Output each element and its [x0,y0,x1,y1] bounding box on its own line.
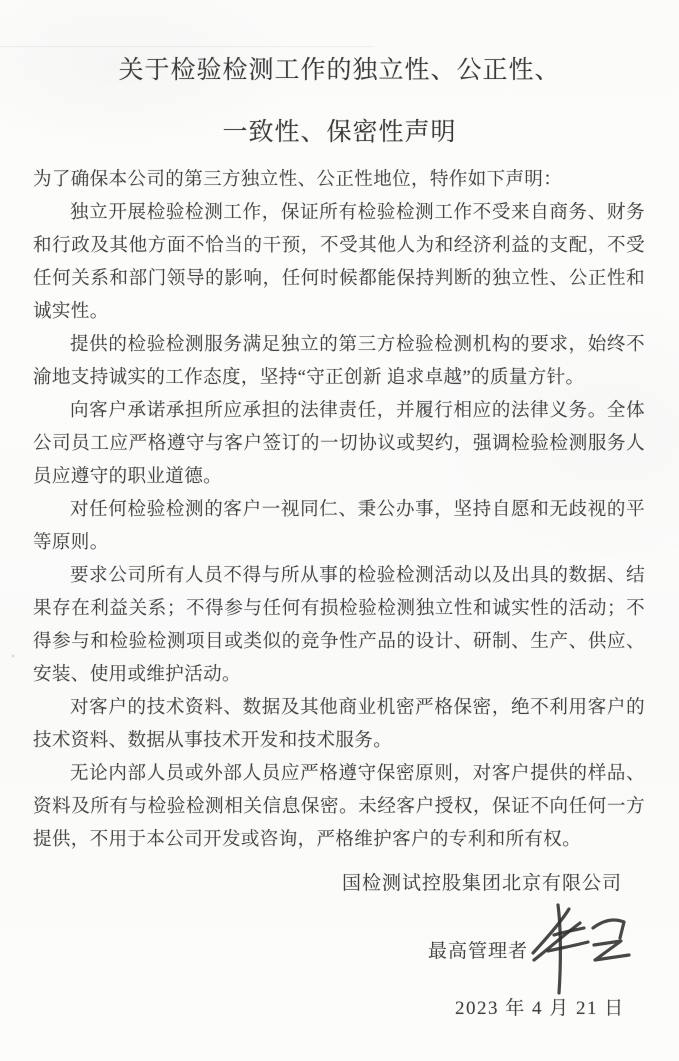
document-title-line1: 关于检验检测工作的独立性、公正性、 [0,0,679,86]
paragraph-client-confidentiality: 对客户的技术资料、数据及其他商业机密严格保密，绝不利用客户的技术资料、数据从事技… [33,692,645,758]
company-name: 国检测试控股集团北京有限公司 [342,868,622,895]
paragraph-independence: 独立开展检验检测工作，保证所有检验检测工作不受来自商务、财务和行政及其他方面不恰… [33,197,645,329]
signer-label: 最高管理者 [428,936,528,963]
paragraph-legal-responsibility: 向客户承诺承担所应承担的法律责任，并履行相应的法律义务。全体公司员工应严格遵守与… [33,395,645,494]
paragraph-conflict-of-interest: 要求公司所有人员不得与所从事的检验检测活动以及出具的数据、结果存在利益关系；不得… [33,560,645,692]
document-body: 为了确保本公司的第三方独立性、公正性地位，特作如下声明： 独立开展检验检测工作，… [0,148,679,857]
document-title-line2: 一致性、保密性声明 [0,86,679,148]
paragraph-third-party-requirement: 提供的检验检测服务满足独立的第三方检验检测机构的要求，始终不渝地支持诚实的工作态… [33,329,645,395]
scanned-declaration-page: 关于检验检测工作的独立性、公正性、 一致性、保密性声明 为了确保本公司的第三方独… [0,0,679,1061]
paragraph-equal-treatment: 对任何检验检测的客户一视同仁、秉公办事，坚持自愿和无歧视的平等原则。 [33,494,645,560]
paragraph-confidentiality-principle: 无论内部人员或外部人员应严格遵守保密原则，对客户提供的样品、资料及所有与检验检测… [33,758,645,857]
document-date: 2023 年 4 月 21 日 [455,993,625,1020]
handwritten-signature-icon: 杜江 [527,896,663,999]
paragraph-intro: 为了确保本公司的第三方独立性、公正性地位，特作如下声明： [33,164,645,197]
